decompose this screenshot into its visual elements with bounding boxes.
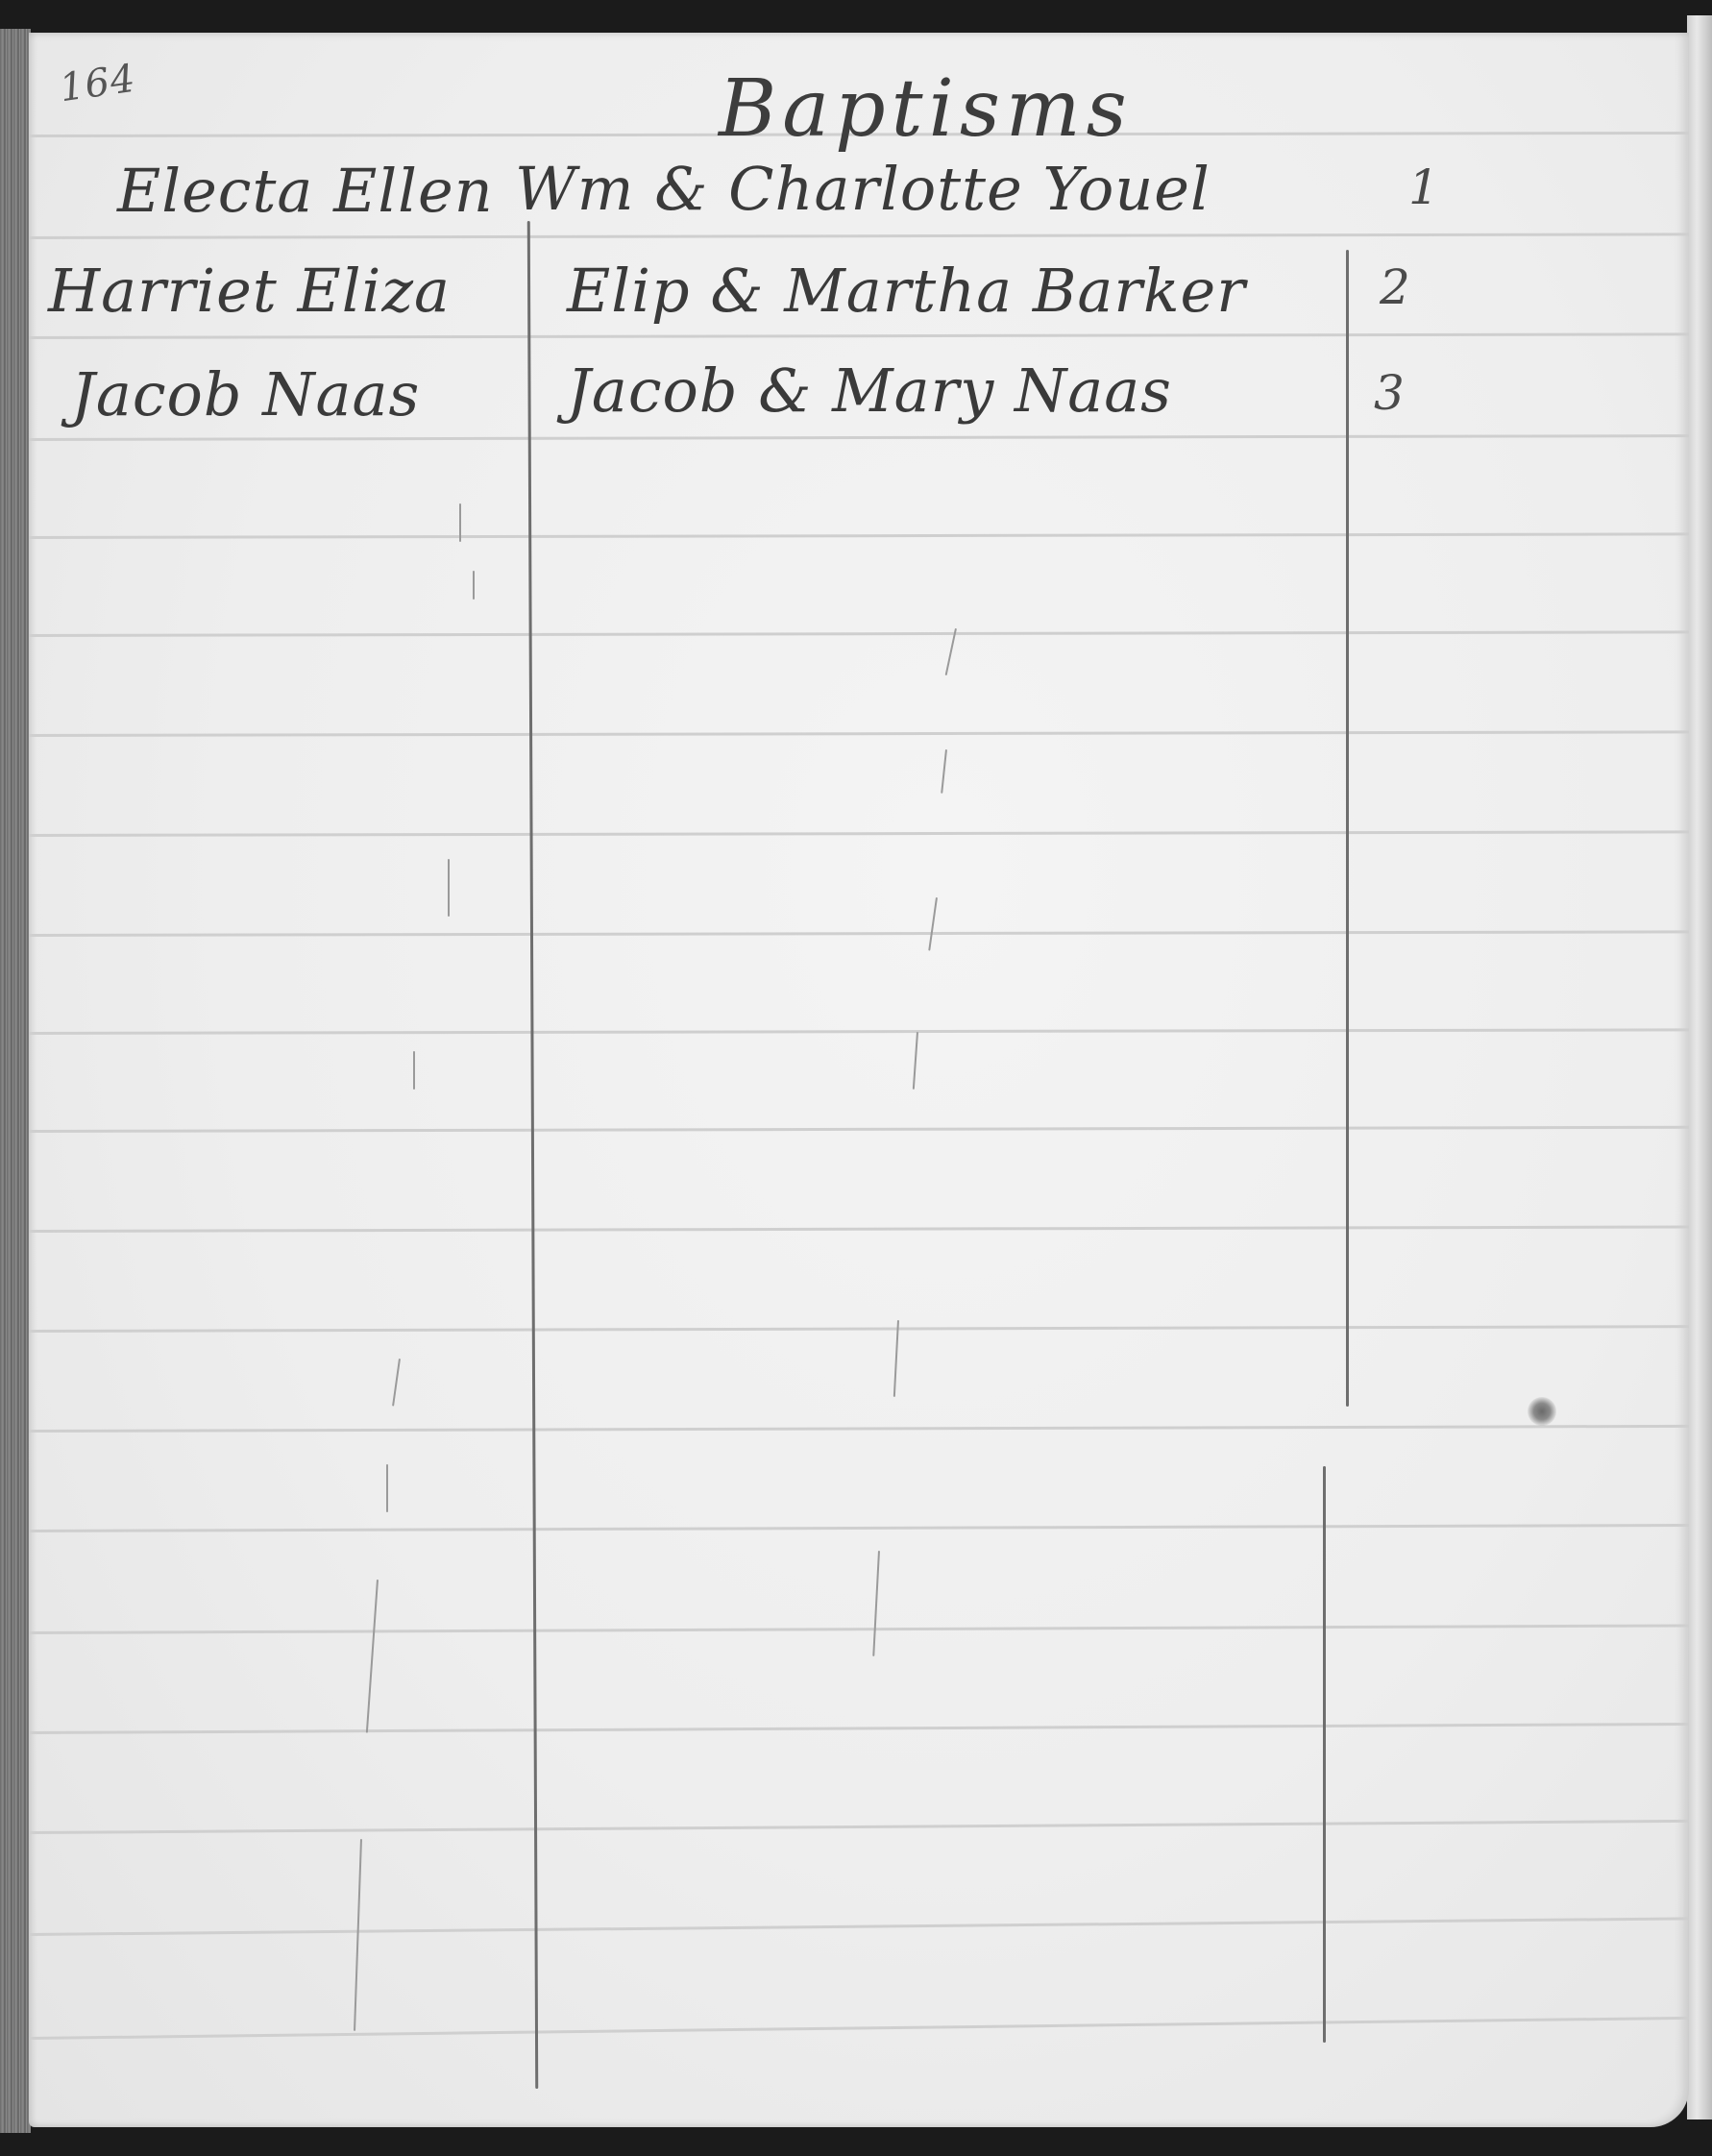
child-name: Jacob Naas — [71, 359, 420, 429]
ruled-line — [29, 1325, 1689, 1333]
ruled-line — [29, 1917, 1689, 1936]
page-title: Baptisms — [719, 63, 1133, 155]
entry-number: 3 — [1374, 365, 1406, 421]
parents-names: Wm & Charlotte Youel — [515, 154, 1211, 224]
scanned-page: 164 Baptisms Electa Ellen Wm & Charlotte… — [0, 0, 1712, 2156]
pencil-mark — [473, 571, 475, 600]
parents-names: Elip & Martha Barker — [567, 256, 1246, 326]
column-divider-number-lower — [1323, 1466, 1326, 2043]
ruled-line — [29, 730, 1689, 737]
ruled-line — [29, 930, 1689, 937]
ruled-line — [29, 1820, 1689, 1834]
ruled-line — [29, 1126, 1689, 1133]
page-edges-right — [1687, 15, 1712, 2119]
ruled-line — [29, 1425, 1689, 1433]
ruled-line — [29, 630, 1689, 637]
ruled-line — [29, 1723, 1689, 1734]
pencil-mark — [945, 628, 957, 675]
pencil-mark — [893, 1320, 899, 1397]
entry-number: 2 — [1380, 259, 1411, 315]
pencil-mark — [928, 897, 938, 951]
pencil-mark — [366, 1580, 379, 1733]
child-name: Electa Ellen — [117, 156, 494, 226]
pencil-mark — [448, 859, 450, 917]
ruled-line — [29, 1624, 1689, 1634]
ruled-line — [29, 434, 1689, 441]
column-divider-parents — [527, 221, 538, 2089]
ruled-line — [29, 1524, 1689, 1532]
page-number: 164 — [57, 57, 138, 111]
pencil-mark — [413, 1051, 415, 1090]
pencil-mark — [392, 1359, 401, 1407]
pencil-mark — [354, 1839, 362, 2031]
page-edges-left — [0, 29, 31, 2133]
ruled-line — [29, 332, 1689, 339]
ruled-line — [29, 830, 1689, 837]
ruled-line — [29, 1028, 1689, 1035]
pencil-mark — [913, 1032, 918, 1090]
parents-names: Jacob & Mary Naas — [567, 355, 1172, 426]
child-name: Harriet Eliza — [48, 256, 451, 326]
ruled-line — [29, 1225, 1689, 1233]
ruled-line — [29, 2017, 1689, 2040]
ruled-line — [29, 233, 1689, 239]
pencil-mark — [941, 749, 947, 794]
ledger-page: 164 Baptisms Electa Ellen Wm & Charlotte… — [29, 33, 1689, 2127]
column-divider-number-upper — [1346, 250, 1349, 1407]
ruled-line — [29, 532, 1689, 539]
pencil-mark — [872, 1551, 880, 1656]
entry-number: 1 — [1408, 159, 1440, 215]
pencil-mark — [459, 503, 461, 542]
pencil-mark — [386, 1464, 388, 1512]
ink-blot — [1528, 1397, 1556, 1426]
